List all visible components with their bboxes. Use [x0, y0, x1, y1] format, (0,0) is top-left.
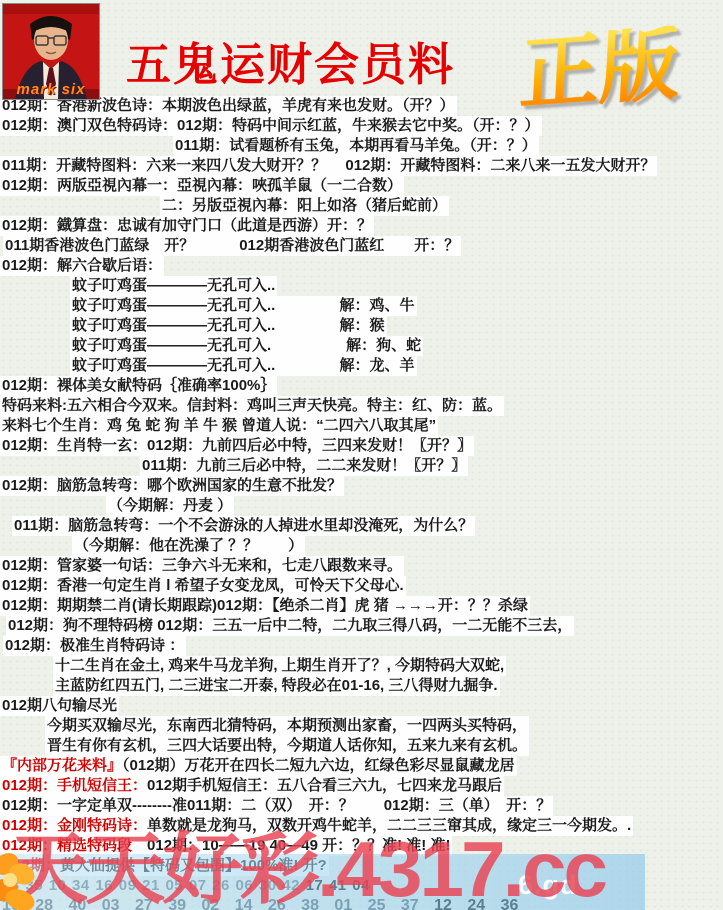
text-line: 晋生有你有玄机，三四大话要出特，今期道人话你知，五来九来有玄机。	[0, 736, 723, 756]
text-line: 012期：狗不理特码榜 012期：三五一后中二特，二九取三得八码，一二无能不三去…	[0, 616, 723, 636]
tipster-photo: mark six	[2, 3, 100, 100]
text-line: 012期：期期禁二肖(请长期跟踪)012期：【绝杀二肖】虎 猪 →→→开：？？杀…	[0, 596, 723, 616]
text-line: 012期：裸体美女献特码｛准确率100%｝	[0, 376, 723, 396]
text-line: 012期：生肖特一玄：012期：九前四后必中特，三四来发财！〖开？〗	[0, 436, 723, 456]
text-line: 011期：试看题桥有玉兔，本期再看马羊兔。（开：？）	[0, 136, 723, 156]
text-line: 蚊子叮鸡蛋————无孔可入..	[0, 276, 723, 296]
flower-logo-icon	[0, 850, 44, 910]
text-line: 特码来料:五六相合今双来。信封料：鸡叫三声天快亮。特主：红、防：蓝。	[0, 396, 723, 416]
text-line: 今期买双输尽光，东南西北猜特码，本期预测出家畜，一四两头买特码，	[0, 716, 723, 736]
text-line: 012期：一字定单双--------准011期：二（双） 开：？ 012期：三（…	[0, 796, 723, 816]
text-line: 012期：澳门双色特码诗：012期：特码中间示红蓝，牛来猴去它中奖。（开：？）	[0, 116, 723, 136]
text-line: 012期：两版亞視內幕一：亞視內幕：唊孤羊鼠（一二合数）	[0, 176, 723, 196]
text-line: 蚊子叮鸡蛋————无孔可入.. 解：龙、羊	[0, 356, 723, 376]
tip-sheet-page: mark six 五鬼运财会员料 正版 012期：香港新波色诗：本期波色出绿蓝，…	[0, 0, 723, 910]
text-line: （今期解：丹麦 ）	[0, 496, 723, 516]
text-line: 二：另版亞視內幕：阳上如洛（猪后蛇前）	[0, 196, 723, 216]
page-title: 五鬼运财会员料	[126, 28, 455, 93]
text-line: （今期解：他在洗澡了 ？？ ）	[0, 536, 723, 556]
text-line: 011期：脑筋急转弯：一个不会游泳的人掉进水里却没淹死，为什么？	[0, 516, 723, 536]
text-line: 012期：手机短信王：012期手机短信王：五八合看三六九，七四来龙马跟后	[0, 776, 723, 796]
text-line: 012期：极准生肖特码诗 ：	[0, 636, 723, 656]
watermark-site-text: 天天好彩.4317.cc	[8, 830, 605, 908]
text-line: 011期香港波色门蓝绿 开？ 012期香港波色门蓝红 开：？	[0, 236, 723, 256]
body-lines: 012期：香港新波色诗：本期波色出绿蓝，羊虎有来也发财。（开？）012期：澳门双…	[0, 96, 723, 910]
text-line: 蚊子叮鸡蛋————无孔可入.. 解：猴	[0, 316, 723, 336]
photo-caption: mark six	[3, 81, 99, 98]
text-line: 011期：九前三后必中特，二二来发财！〖开？〗	[0, 456, 723, 476]
text-line: 『内部万花来料』（012期）万花开在四长二短九六边，红绿色彩尽显鼠藏龙居	[0, 756, 723, 776]
text-line: 012期：脑筋急转弯：哪个欧洲国家的生意不批发？	[0, 476, 723, 496]
text-line: 011期：开藏特图料：六来一来四八发大财开？？ 012期：开藏特图料：二来八来一…	[0, 156, 723, 176]
genuine-stamp: 正版	[518, 25, 682, 117]
text-line: 蚊子叮鸡蛋————无孔可入.. 解：鸡、牛	[0, 296, 723, 316]
text-line: 012期：香港一句定生肖 l 希望子女变龙凤，可怜天下父母心.	[0, 576, 723, 596]
text-line: 主蓝防红四五门, 二三进宝二开泰, 特段必在01-16, 三八得财九掘争.	[0, 676, 723, 696]
text-line: 十二生肖在金土, 鸡来牛马龙羊狗, 上期生肖开了？, 今期特码大双蛇,	[0, 656, 723, 676]
text-line: 012期八句输尽光	[0, 696, 723, 716]
text-line: 012期：管家婆一句话：三争六斗无来和，七走八跟数来寻。	[0, 556, 723, 576]
text-line: 012期：解六合歇后语：	[0, 256, 723, 276]
text-line: 来料七个生肖：鸡 兔 蛇 狗 羊 牛 猴 曾道人说：“二四六八取其尾”	[0, 416, 723, 436]
text-line: 蚊子叮鸡蛋————无孔可入. 解：狗、蛇	[0, 336, 723, 356]
text-line: 012期：鐡算盘：忠诚有加守门口（此道是西游）开：？	[0, 216, 723, 236]
